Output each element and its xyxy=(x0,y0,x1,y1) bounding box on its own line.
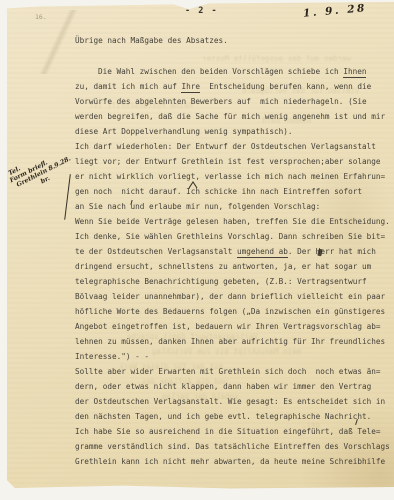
typed-line: Wenn Sie beide Verträge gelesen haben, t… xyxy=(75,214,394,229)
typed-line: Interesse.") - - xyxy=(75,349,394,364)
page-number: - 2 - xyxy=(185,6,218,16)
typed-line: dringend ersucht, schnellstens zu antwor… xyxy=(75,259,394,274)
typed-line: Angebot eingetroffen ist, bedauern wir I… xyxy=(75,319,394,334)
document-page: werden auf das ausgefüllte Musterstellen… xyxy=(7,2,394,489)
opening-line: Übrige nach Maßgabe des Absatzes. xyxy=(75,36,228,45)
typed-line: diese Art Doppelverhandlung wenig sympat… xyxy=(75,124,394,139)
typed-line: der Ostdeutschen Verlagsanstalt. Wie ges… xyxy=(75,394,394,409)
scan-background: werden auf das ausgefüllte Musterstellen… xyxy=(0,0,394,500)
typed-line: den nächsten Tagen, und ich gebe evtl. t… xyxy=(75,409,394,424)
typed-line: an Sie nach und erlaube mir nun, folgend… xyxy=(75,199,394,214)
typed-line: lehnen zu müssen, danken Ihnen aber aufr… xyxy=(75,334,394,349)
corner-note: 16. xyxy=(35,13,47,21)
handwritten-slash-mark xyxy=(64,174,71,220)
typed-body: Die Wahl zwischen den beiden Vorschlägen… xyxy=(75,64,394,469)
typed-line: höfliche Worte des Bedauerns folgen („Da… xyxy=(75,304,394,319)
typed-line: Bölvaag leider unannehmbar), der dann br… xyxy=(75,289,394,304)
typed-line: zu, damit ich mich auf Ihre Entscheidung… xyxy=(75,79,394,94)
typed-line: Grethlein kann ich nicht mehr abwarten, … xyxy=(75,454,394,469)
typed-line: werden begreifen, daß die Sache für mich… xyxy=(75,109,394,124)
typed-line: te der Ostdeutschen Verlagsanstalt umgeh… xyxy=(75,244,394,259)
typed-line: er nicht wirklich vorliegt, verlasse ich… xyxy=(75,169,394,184)
typed-line: Vorwürfe des abgelehnten Bewerbers auf m… xyxy=(75,94,394,109)
typed-line: Die Wahl zwischen den beiden Vorschlägen… xyxy=(75,64,394,79)
typed-line: Ich denke, Sie wählen Grethleins Vorschl… xyxy=(75,229,394,244)
insertion-caret-mark xyxy=(188,181,198,189)
typed-line: dern, oder etwas nicht klappen, dann hab… xyxy=(75,379,394,394)
verso-fragment: werden auf das ausgefüllte Muster xyxy=(202,54,351,63)
handwritten-date: 1. 9. 28 xyxy=(303,2,368,20)
typed-line: Ich darf wiederholen: Der Entwurf der Os… xyxy=(75,139,394,154)
typed-line: Sollte aber wider Erwarten mit Grethlein… xyxy=(75,364,394,379)
typed-line: liegt vor; der Entwurf Grethlein ist fes… xyxy=(75,154,394,169)
typed-line: telegraphische Benachrichtigung gebeten,… xyxy=(75,274,394,289)
typed-line: Ich habe Sie so ausreichend in die Situa… xyxy=(75,424,394,439)
typed-line: gramme verständlich sind. Das tatsächlic… xyxy=(75,439,394,454)
typed-line: gen noch nicht darauf. Ich schicke ihn n… xyxy=(75,184,394,199)
